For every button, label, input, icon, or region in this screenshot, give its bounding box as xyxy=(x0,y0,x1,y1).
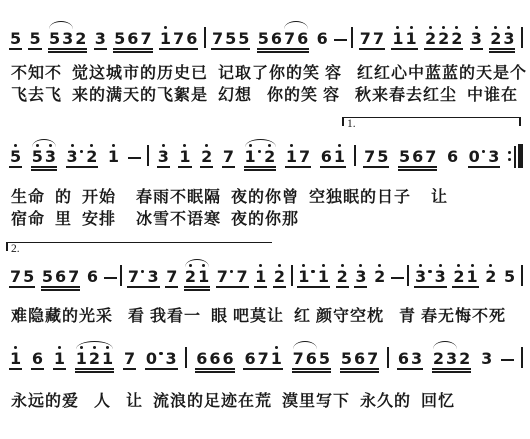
note-digit: 6 xyxy=(305,350,318,367)
beam-underline xyxy=(359,48,385,50)
note-digit: 3 xyxy=(94,30,107,47)
note-digit: 1 xyxy=(254,268,267,285)
note: 6 xyxy=(353,345,366,367)
note-digit: 6 xyxy=(195,350,208,367)
note-digit: 6 xyxy=(126,30,139,47)
note-group: 7 xyxy=(164,263,179,292)
beam-underline xyxy=(28,48,41,50)
beam-underline xyxy=(432,371,471,373)
note-digit: 7 xyxy=(216,268,229,285)
duration-dash xyxy=(391,277,404,280)
note-digit: 5 xyxy=(224,30,237,47)
note-digit: 7 xyxy=(292,350,305,367)
note: 0 xyxy=(468,143,481,165)
note-digit: 5 xyxy=(9,148,22,165)
note-digit: 5 xyxy=(41,268,54,285)
barline xyxy=(147,145,149,166)
note-digit: 1 xyxy=(244,148,257,165)
note: 6 xyxy=(126,25,139,47)
beam-underline xyxy=(159,48,198,50)
note-digit: 7 xyxy=(222,148,235,165)
note-digit: 1 xyxy=(270,350,283,367)
note-digit: 7 xyxy=(359,30,372,47)
barline xyxy=(204,27,206,48)
beam-underline xyxy=(157,166,170,168)
note: 3 xyxy=(66,143,79,165)
beam-underline xyxy=(48,51,87,53)
note-digit: 3 xyxy=(502,30,515,47)
note-digit: 2 xyxy=(88,350,101,367)
duration-dash xyxy=(501,359,514,362)
note: 3 xyxy=(434,263,447,285)
note-group: 5676 xyxy=(256,25,311,54)
note: 3 xyxy=(414,263,427,285)
note: 7 xyxy=(216,263,229,285)
note: 5 xyxy=(28,25,41,47)
note-digit: 7 xyxy=(67,268,80,285)
augmentation-dot xyxy=(482,150,486,154)
note-digit: 3 xyxy=(434,268,447,285)
note-group: 1 xyxy=(177,143,192,172)
note-digit: 7 xyxy=(424,148,437,165)
beam-underline xyxy=(292,368,331,370)
beam-underline xyxy=(398,166,437,168)
end-repeat-sign xyxy=(508,144,523,168)
note-digit: 6 xyxy=(397,350,410,367)
beam-underline xyxy=(113,51,152,53)
thin-barline xyxy=(514,146,516,168)
note-digit: 7 xyxy=(257,350,270,367)
note-group: 12 xyxy=(243,143,278,172)
note: 6 xyxy=(195,345,208,367)
note-digit: 5 xyxy=(31,148,44,165)
beam-underline xyxy=(41,289,80,291)
note: 6 xyxy=(446,143,459,165)
note-digit: 6 xyxy=(31,350,44,367)
note-group: 5 xyxy=(8,25,23,54)
note: 1 xyxy=(107,143,120,165)
note: 3 xyxy=(470,25,483,47)
beam-underline xyxy=(320,166,346,168)
note-digit: 5 xyxy=(237,30,250,47)
beam-underline xyxy=(489,51,515,53)
note-group: 23 xyxy=(488,25,516,54)
note: 1 xyxy=(466,263,479,285)
note-group: 666 xyxy=(194,345,235,374)
note: 3 xyxy=(502,25,515,47)
note-group: 176 xyxy=(158,25,199,54)
note-digit: 2 xyxy=(184,268,197,285)
barline xyxy=(387,347,389,368)
note-digit: 3 xyxy=(165,350,178,367)
note-digit: 7 xyxy=(165,268,178,285)
barline xyxy=(185,347,187,368)
note-digit: 3 xyxy=(480,350,493,367)
beam-underline xyxy=(178,166,191,168)
note-digit: 7 xyxy=(123,350,136,367)
note: 7 xyxy=(372,25,385,47)
beam-underline xyxy=(424,48,463,50)
beam-underline xyxy=(257,51,310,53)
note-digit: 2 xyxy=(373,268,386,285)
barline xyxy=(291,265,293,286)
note: 6 xyxy=(411,143,424,165)
note: 7 xyxy=(366,345,379,367)
note: 7 xyxy=(363,143,376,165)
note-digit: 6 xyxy=(208,350,221,367)
note: 3 xyxy=(410,345,423,367)
augmentation-dot xyxy=(311,270,315,274)
barline xyxy=(120,265,122,286)
beam-underline xyxy=(195,371,234,373)
note-group: 222 xyxy=(423,25,464,54)
note-digit: 5 xyxy=(22,268,35,285)
note-digit: 6 xyxy=(243,350,256,367)
note-group: 11 xyxy=(296,263,331,292)
note-group: 3 xyxy=(353,263,368,292)
beam-underline xyxy=(41,286,80,288)
note: 6 xyxy=(208,345,221,367)
note-group: 567 xyxy=(397,143,438,172)
note: 6 xyxy=(31,345,44,367)
note-group: 21 xyxy=(451,263,479,292)
volta-label-2: 2. xyxy=(11,243,20,255)
note-digit: 7 xyxy=(235,268,248,285)
note: 1 xyxy=(317,263,330,285)
note-digit: 1 xyxy=(333,148,346,165)
note-digit: 5 xyxy=(9,30,22,47)
note: 1 xyxy=(159,25,172,47)
note-digit: 6 xyxy=(270,30,283,47)
note: 0 xyxy=(145,345,158,367)
beam-underline xyxy=(391,48,417,50)
barline xyxy=(351,27,353,48)
note-group: 6 xyxy=(30,345,45,374)
note: 7 xyxy=(359,25,372,47)
volta-label-1: 1. xyxy=(347,118,356,130)
note: 2 xyxy=(373,263,386,285)
sheet-music-page: 555323567176755567667711222323 不知不 觉这城市的… xyxy=(0,0,530,439)
beam-underline xyxy=(363,166,389,168)
note-digit: 1 xyxy=(159,30,172,47)
note-digit: 2 xyxy=(484,268,497,285)
beam-underline xyxy=(398,169,437,171)
note: 3 xyxy=(487,143,500,165)
note: 3 xyxy=(94,25,107,47)
note: 6 xyxy=(397,345,410,367)
note-group: 1 xyxy=(253,263,268,292)
note: 2 xyxy=(85,143,98,165)
beam-underline xyxy=(336,286,349,288)
beam-underline xyxy=(292,371,331,373)
note-digit: 2 xyxy=(336,268,349,285)
note: 7 xyxy=(235,263,248,285)
note: 1 xyxy=(297,263,310,285)
beam-underline xyxy=(9,368,22,370)
augmentation-dot xyxy=(230,270,234,274)
beam-underline xyxy=(354,286,367,288)
note-digit: 3 xyxy=(61,30,74,47)
beam-underline xyxy=(75,371,114,373)
lyrics-line-6: 永远的爱 人 让 流浪的足迹在荒 漠里写下 永久的 回忆 xyxy=(11,388,455,411)
note: 1 xyxy=(270,345,283,367)
note-digit: 1 xyxy=(391,30,404,47)
note: 2 xyxy=(484,263,497,285)
note-digit: 5 xyxy=(340,350,353,367)
note: 3 xyxy=(354,263,367,285)
note-digit: 2 xyxy=(452,268,465,285)
note-group: 121 xyxy=(74,345,115,374)
note-digit: 1 xyxy=(285,148,298,165)
beam-underline xyxy=(145,368,178,370)
note-group: 73 xyxy=(126,263,161,292)
note: 2 xyxy=(458,345,471,367)
beam-underline xyxy=(200,166,213,168)
note-digit: 3 xyxy=(157,148,170,165)
note: 7 xyxy=(222,143,235,165)
augmentation-dot xyxy=(258,150,262,154)
note-group: 03 xyxy=(467,143,502,172)
note: 6 xyxy=(270,25,283,47)
note-group: 2 xyxy=(372,263,387,292)
beam-underline xyxy=(470,48,483,50)
note-digit: 1 xyxy=(317,268,330,285)
slur-arc xyxy=(433,341,457,349)
note-digit: 3 xyxy=(487,148,500,165)
note-digit: 6 xyxy=(54,268,67,285)
note-digit: 5 xyxy=(318,350,331,367)
beam-underline xyxy=(285,166,311,168)
note: 5 xyxy=(340,345,353,367)
note: 6 xyxy=(316,25,329,47)
note: 3 xyxy=(157,143,170,165)
slur-arc xyxy=(185,259,209,267)
note: 7 xyxy=(165,263,178,285)
beam-underline xyxy=(254,286,267,288)
beam-underline xyxy=(340,371,379,373)
beam-underline xyxy=(9,286,35,288)
beam-underline xyxy=(53,368,66,370)
note-digit: 2 xyxy=(263,148,276,165)
slur-arc xyxy=(293,341,317,349)
note-digit: 2 xyxy=(450,30,463,47)
note-digit: 3 xyxy=(44,148,57,165)
note-group: 6 xyxy=(445,143,460,172)
beam-underline xyxy=(9,48,22,50)
beam-underline xyxy=(340,368,379,370)
note: 5 xyxy=(9,143,22,165)
note-group: 3 xyxy=(479,345,494,374)
beam-underline xyxy=(397,368,423,370)
barline xyxy=(521,347,523,368)
note-digit: 2 xyxy=(432,350,445,367)
note-group: 53 xyxy=(30,143,58,172)
beam-underline xyxy=(9,166,22,168)
note: 7 xyxy=(139,25,152,47)
note-group: 21 xyxy=(183,263,211,292)
note-digit: 6 xyxy=(222,350,235,367)
note-group: 5 xyxy=(8,143,23,172)
note-digit: 6 xyxy=(296,30,309,47)
beam-underline xyxy=(257,48,310,50)
note: 1 xyxy=(178,143,191,165)
note-digit: 0 xyxy=(468,148,481,165)
note: 7 xyxy=(257,345,270,367)
beam-underline xyxy=(468,166,501,168)
note: 2 xyxy=(336,263,349,285)
beam-underline xyxy=(94,48,107,50)
note-digit: 6 xyxy=(316,30,329,47)
note-group: 77 xyxy=(215,263,250,292)
note-group: 671 xyxy=(242,345,283,374)
beam-underline xyxy=(432,368,471,370)
note-digit: 6 xyxy=(353,350,366,367)
note-digit: 1 xyxy=(107,148,120,165)
note: 5 xyxy=(398,143,411,165)
note-digit: 7 xyxy=(363,148,376,165)
note: 5 xyxy=(503,263,516,285)
note-digit: 7 xyxy=(211,30,224,47)
note-digit: 7 xyxy=(139,30,152,47)
lyrics-line-2: 飞去飞 来的满天的飞絮是 幻想 你的笑 容 秋来春去红尘 中谁在 xyxy=(11,82,518,105)
volta-bracket-1: 1. xyxy=(342,117,521,130)
beam-underline xyxy=(243,368,282,370)
note-group: 75 xyxy=(8,263,36,292)
note-group: 567 xyxy=(112,25,153,54)
note-digit: 2 xyxy=(273,268,286,285)
repeat-dots xyxy=(508,151,511,162)
lyrics-line-3: 生命 的 开始 春雨不眠隔 夜的你曾 空独眠的日子 让 xyxy=(11,184,448,207)
note-group: 17 xyxy=(284,143,312,172)
slur-arc xyxy=(49,21,73,29)
note: 6 xyxy=(54,263,67,285)
beam-underline xyxy=(195,368,234,370)
lyrics-line-5: 难隐藏的光采 看 我看一 眼 吧莫让 红 颜守空枕 青 春无悔不死 xyxy=(11,303,506,326)
note-group: 3 xyxy=(93,25,108,54)
note-group: 75 xyxy=(362,143,390,172)
note-digit: 6 xyxy=(411,148,424,165)
beam-underline xyxy=(165,286,178,288)
note-digit: 5 xyxy=(28,30,41,47)
beam-underline xyxy=(31,169,57,171)
note-group: 7 xyxy=(122,345,137,374)
note-group: 32 xyxy=(65,143,100,172)
note-digit: 2 xyxy=(74,30,87,47)
note-digit: 6 xyxy=(185,30,198,47)
note: 3 xyxy=(165,345,178,367)
note-group: 33 xyxy=(413,263,448,292)
repeat-dot xyxy=(508,151,511,154)
note: 3 xyxy=(146,263,159,285)
note-digit: 1 xyxy=(405,30,418,47)
note: 5 xyxy=(318,345,331,367)
note-group: 1 xyxy=(52,345,67,374)
note-digit: 7 xyxy=(9,268,22,285)
note-digit: 7 xyxy=(298,148,311,165)
note: 1 xyxy=(254,263,267,285)
note-group: 63 xyxy=(396,345,424,374)
note: 1 xyxy=(333,143,346,165)
note: 2 xyxy=(273,263,286,285)
note: 2 xyxy=(450,25,463,47)
note-digit: 2 xyxy=(85,148,98,165)
slur-arc xyxy=(284,21,308,29)
note-digit: 6 xyxy=(320,148,333,165)
beam-underline xyxy=(184,289,210,291)
augmentation-dot xyxy=(159,352,163,356)
note: 5 xyxy=(113,25,126,47)
barline xyxy=(354,145,356,166)
note-group: 03 xyxy=(144,345,179,374)
barline xyxy=(521,265,523,286)
note: 1 xyxy=(391,25,404,47)
note-digit: 2 xyxy=(458,350,471,367)
note-group: 1 xyxy=(8,345,23,374)
note-group: 5 xyxy=(27,25,42,54)
note: 6 xyxy=(185,25,198,47)
note-group: 2 xyxy=(272,263,287,292)
note-digit: 2 xyxy=(489,30,502,47)
note: 7 xyxy=(424,143,437,165)
note-digit: 5 xyxy=(503,268,516,285)
note-group: 232 xyxy=(431,345,472,374)
barline xyxy=(521,27,523,48)
note: 5 xyxy=(41,263,54,285)
note-group: 567 xyxy=(40,263,81,292)
note: 6 xyxy=(243,345,256,367)
duration-dash xyxy=(334,39,347,42)
beam-underline xyxy=(31,368,44,370)
note-group: 567 xyxy=(339,345,380,374)
note-digit: 7 xyxy=(283,30,296,47)
note-digit: 7 xyxy=(366,350,379,367)
note-digit: 3 xyxy=(410,350,423,367)
note: 1 xyxy=(9,345,22,367)
note-group: 6 xyxy=(315,25,330,54)
note-group: 2 xyxy=(483,263,498,292)
note: 6 xyxy=(320,143,333,165)
note-digit: 5 xyxy=(257,30,270,47)
note-digit: 1 xyxy=(178,148,191,165)
beam-underline xyxy=(127,286,160,288)
note-group: 532 xyxy=(47,25,88,54)
note: 2 xyxy=(424,25,437,47)
note-digit: 1 xyxy=(197,268,210,285)
note-digit: 1 xyxy=(297,268,310,285)
note-group: 11 xyxy=(390,25,418,54)
duration-dash xyxy=(104,277,117,280)
music-row-1: 555323567176755567667711222323 xyxy=(8,22,523,54)
note-group: 7 xyxy=(221,143,236,172)
note-group: 755 xyxy=(210,25,251,54)
beam-underline xyxy=(66,166,99,168)
note-digit: 3 xyxy=(414,268,427,285)
lyrics-line-1: 不知不 觉这城市的历史已 记取了你的笑 容 红红心中蓝蓝的天是个 xyxy=(11,60,527,83)
beam-underline xyxy=(184,286,210,288)
note-digit: 2 xyxy=(424,30,437,47)
note-digit: 3 xyxy=(445,350,458,367)
note: 6 xyxy=(222,345,235,367)
note-digit: 1 xyxy=(75,350,88,367)
note: 3 xyxy=(480,345,493,367)
note: 2 xyxy=(489,25,502,47)
augmentation-dot xyxy=(428,270,432,274)
note-group: 3 xyxy=(469,25,484,54)
note: 5 xyxy=(376,143,389,165)
note-digit: 3 xyxy=(354,268,367,285)
beam-underline xyxy=(244,169,277,171)
note-group: 77 xyxy=(358,25,386,54)
